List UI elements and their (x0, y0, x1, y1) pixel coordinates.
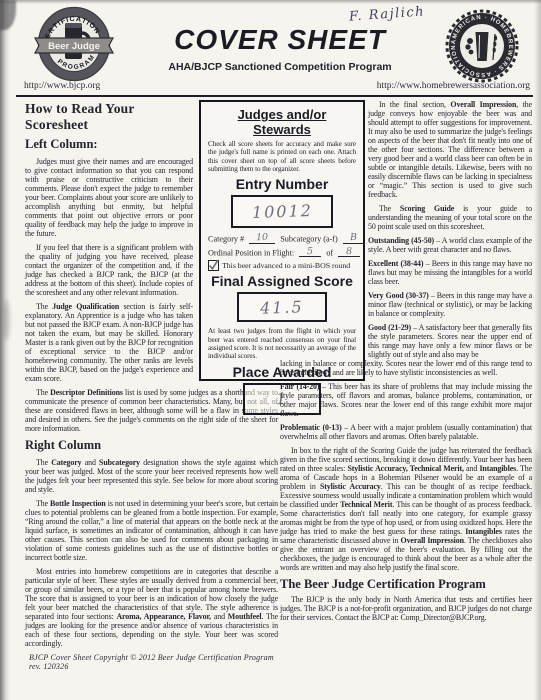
right-column: In the final section, Overall Impression… (280, 100, 532, 627)
aha-url: http://www.homebrewersassociation.org (377, 81, 530, 91)
paragraph-bottle: The Bottle Inspection is not used in det… (25, 499, 278, 562)
pint-glass-icon (476, 32, 489, 61)
paragraph-bjcp: The BJCP is the only body in North Ameri… (280, 595, 532, 622)
paragraph-problem: If you feel that there is a significant … (25, 243, 193, 297)
paragraph-overall-impression: In the final section, Overall Impression… (368, 100, 532, 199)
bjcp-logo-ribbon-text: Beer Judge (48, 41, 100, 52)
paragraph-entries: Most entries into homebrew competitions … (25, 567, 278, 648)
handwritten-entrant-name: F. Rajlich (349, 4, 426, 24)
cover-sheet-page: CERTIFICATION PROGRAM Beer Judge COVER S… (0, 0, 541, 700)
howto-heading: How to Read Your Scoresheet (25, 101, 193, 133)
scoring-label: Problematic (0-13) (280, 423, 342, 432)
bjcp-url: http://www.bjcp.org (24, 81, 100, 91)
page-subtitle: AHA/BJCP Sanctioned Competition Program (138, 61, 422, 73)
mini-bos-checkbox (208, 260, 219, 271)
scan-edge-right (534, 0, 541, 700)
paragraph-judges: Judges must give their names and are enc… (25, 157, 193, 238)
header-divider (16, 95, 533, 97)
scoring-good-continuation: lacking in balance or complexity. Scores… (280, 359, 532, 377)
paragraph-qualification: The Judge Qualification section is fairl… (25, 302, 193, 383)
scoring-label: Fair (14-20) (280, 382, 319, 391)
hops-icon (467, 38, 473, 44)
scoring-label: Good (21-29) (368, 323, 411, 332)
paragraph-scoring-guide: The Scoring Guide is your guide to under… (368, 204, 532, 231)
scan-edge-top (0, 0, 541, 4)
copyright-footer: BJCP Cover Sheet Copyright © 2012 Beer J… (29, 653, 278, 671)
scoring-fair: Fair (14-20) – This beer has its share o… (280, 382, 532, 418)
category-value: 10 (256, 233, 268, 243)
scoring-excellent: Excellent (38-44) – Beers in this range … (368, 259, 532, 286)
paragraph-category: The Category and Subcategory designation… (25, 458, 278, 494)
category-label: Category # (208, 235, 244, 244)
scoring-very-good: Very Good (30-37) – Beers in this range … (368, 291, 532, 318)
scan-artifact (534, 450, 540, 510)
bjcp-logo: CERTIFICATION PROGRAM Beer Judge (26, 6, 122, 84)
scoring-label: Excellent (38-44) (368, 259, 423, 268)
scoring-label: Outstanding (45-50) (368, 236, 434, 245)
aha-logo: AMERICAN · HOMEBREWERS · ASSOCIATION (444, 8, 520, 84)
scan-artifact (0, 0, 16, 30)
paragraph-reiterated: In box to the right of the Scoring Guide… (280, 446, 532, 572)
scoring-good: Good (21-29) – A satisfactory beer that … (368, 323, 532, 359)
left-column-heading: Left Column: (25, 137, 193, 152)
right-column-heading: Right Column (25, 438, 278, 453)
scoring-problematic: Problematic (0-13) – A beer with a major… (280, 423, 532, 441)
bjcp-program-heading: The Beer Judge Certification Program (280, 577, 532, 592)
scan-artifact (2, 300, 10, 340)
scoring-label: Very Good (30-37) (368, 291, 429, 300)
paragraph-descriptor: The Descriptor Definitions list is used … (25, 388, 278, 433)
check-mark-icon (208, 259, 219, 271)
page-title: COVER SHEET (148, 24, 412, 56)
category-blank: 10 (249, 233, 275, 244)
scoring-outstanding: Outstanding (45-50) – A world class exam… (368, 236, 532, 254)
scan-edge-left (0, 0, 10, 700)
